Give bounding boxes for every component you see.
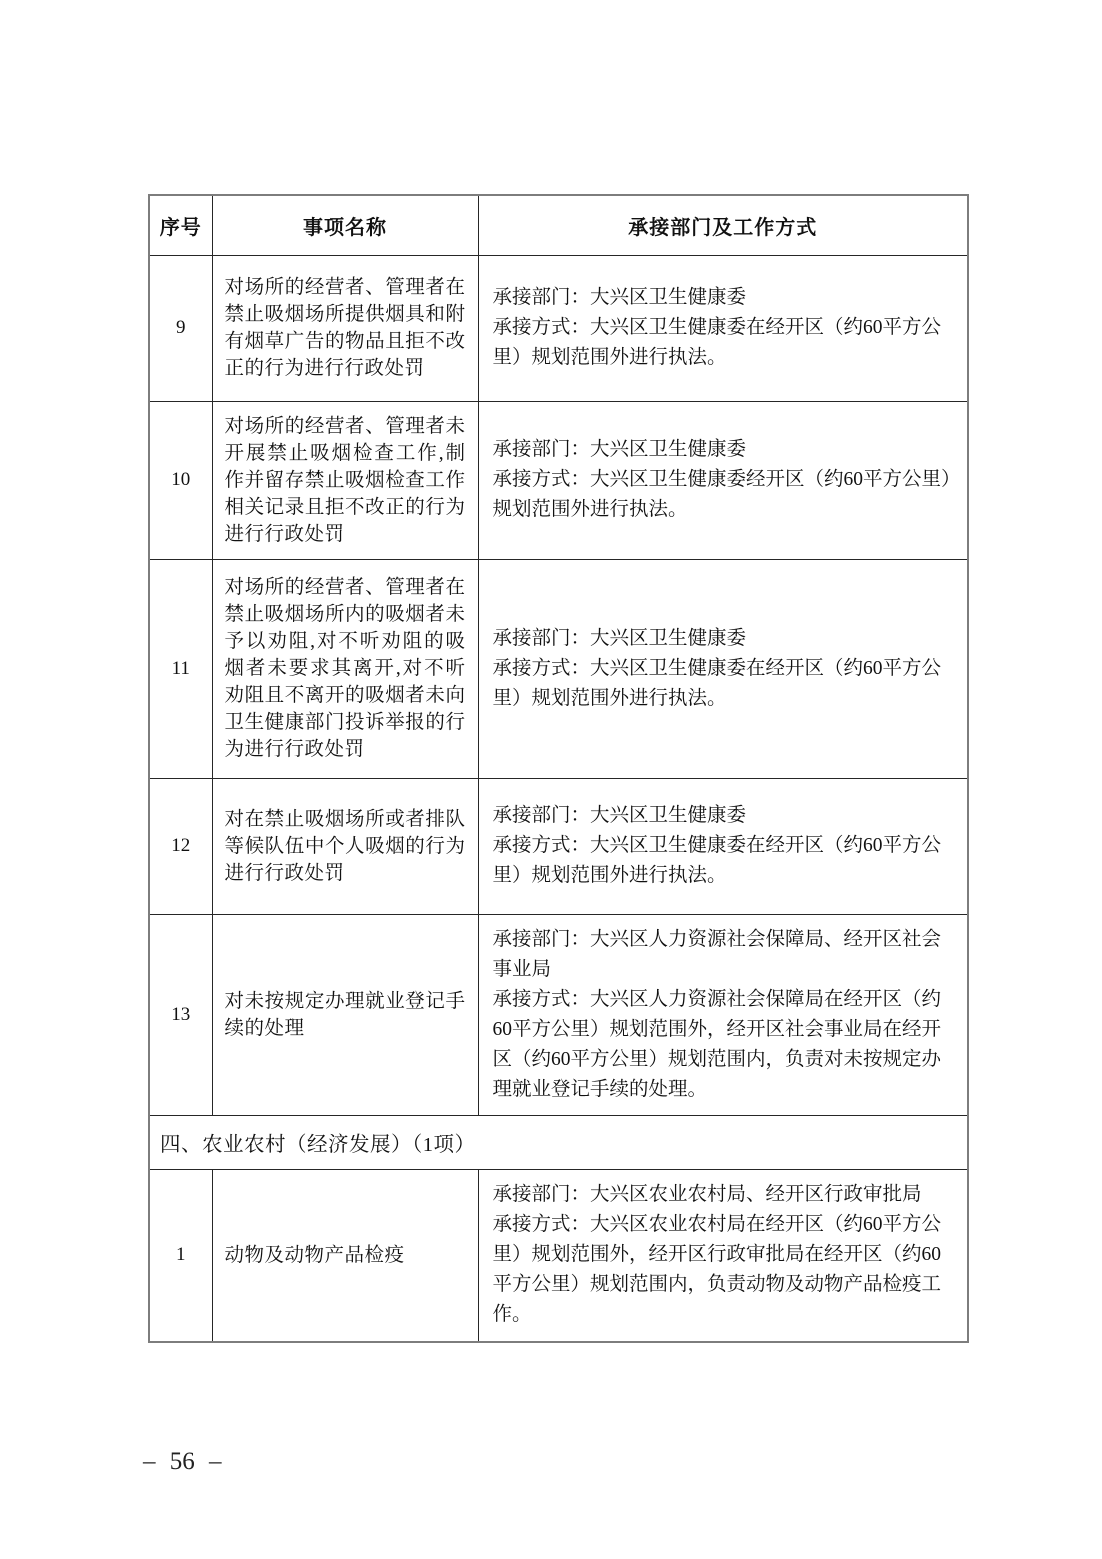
item-name-cell: 对在禁止吸烟场所或者排队等候队伍中个人吸烟的行为进行行政处罚: [212, 778, 478, 914]
section-header-row: 四、农业农村（经济发展）（1项）: [149, 1115, 968, 1169]
detail-department: 承接部门：大兴区人力资源社会保障局、经开区社会事业局: [493, 925, 952, 985]
row-number-cell: 9: [149, 255, 212, 401]
row-number-cell: 13: [149, 914, 212, 1115]
header-cell-detail: 承接部门及工作方式: [478, 195, 968, 255]
item-name-cell: 对场所的经营者、管理者在禁止吸烟场所提供烟具和附有烟草广告的物品且拒不改正的行为…: [212, 255, 478, 401]
table-row: 13 对未按规定办理就业登记手续的处理 承接部门：大兴区人力资源社会保障局、经开…: [149, 914, 968, 1115]
detail-method: 承接方式：大兴区卫生健康委经开区（约60平方公里）规划范围外进行执法。: [493, 465, 952, 525]
table-row: 1 动物及动物产品检疫 承接部门：大兴区农业农村局、经开区行政审批局 承接方式：…: [149, 1169, 968, 1342]
detail-department: 承接部门：大兴区农业农村局、经开区行政审批局: [493, 1180, 952, 1210]
detail-method: 承接方式：大兴区农业农村局在经开区（约60平方公里）规划范围外，经开区行政审批局…: [493, 1210, 952, 1330]
detail-department: 承接部门：大兴区卫生健康委: [493, 624, 952, 654]
document-page: { "page": { "footer_page_number": "– 56 …: [0, 0, 1102, 1559]
detail-cell: 承接部门：大兴区卫生健康委 承接方式：大兴区卫生健康委在经开区（约60平方公里）…: [478, 559, 968, 778]
detail-method: 承接方式：大兴区卫生健康委在经开区（约60平方公里）规划范围外进行执法。: [493, 654, 952, 714]
detail-department: 承接部门：大兴区卫生健康委: [493, 435, 952, 465]
item-name-cell: 对未按规定办理就业登记手续的处理: [212, 914, 478, 1115]
row-number-cell: 11: [149, 559, 212, 778]
table-row: 11 对场所的经营者、管理者在禁止吸烟场所内的吸烟者未予以劝阻,对不听劝阻的吸烟…: [149, 559, 968, 778]
items-table: 序号 事项名称 承接部门及工作方式 9 对场所的经营者、管理者在禁止吸烟场所提供…: [148, 194, 969, 1343]
item-name-cell: 动物及动物产品检疫: [212, 1169, 478, 1342]
detail-method: 承接方式：大兴区卫生健康委在经开区（约60平方公里）规划范围外进行执法。: [493, 831, 952, 891]
table-header-row: 序号 事项名称 承接部门及工作方式: [149, 195, 968, 255]
detail-method: 承接方式：大兴区人力资源社会保障局在经开区（约60平方公里）规划范围外，经开区社…: [493, 985, 952, 1105]
section-header-cell: 四、农业农村（经济发展）（1项）: [149, 1115, 968, 1169]
table-row: 9 对场所的经营者、管理者在禁止吸烟场所提供烟具和附有烟草广告的物品且拒不改正的…: [149, 255, 968, 401]
detail-cell: 承接部门：大兴区卫生健康委 承接方式：大兴区卫生健康委在经开区（约60平方公里）…: [478, 778, 968, 914]
detail-cell: 承接部门：大兴区卫生健康委 承接方式：大兴区卫生健康委经开区（约60平方公里）规…: [478, 401, 968, 559]
header-cell-number: 序号: [149, 195, 212, 255]
table-row: 12 对在禁止吸烟场所或者排队等候队伍中个人吸烟的行为进行行政处罚 承接部门：大…: [149, 778, 968, 914]
detail-cell: 承接部门：大兴区卫生健康委 承接方式：大兴区卫生健康委在经开区（约60平方公里）…: [478, 255, 968, 401]
detail-cell: 承接部门：大兴区农业农村局、经开区行政审批局 承接方式：大兴区农业农村局在经开区…: [478, 1169, 968, 1342]
detail-method: 承接方式：大兴区卫生健康委在经开区（约60平方公里）规划范围外进行执法。: [493, 313, 952, 373]
item-name-cell: 对场所的经营者、管理者在禁止吸烟场所内的吸烟者未予以劝阻,对不听劝阻的吸烟者未要…: [212, 559, 478, 778]
detail-department: 承接部门：大兴区卫生健康委: [493, 801, 952, 831]
row-number-cell: 10: [149, 401, 212, 559]
detail-department: 承接部门：大兴区卫生健康委: [493, 283, 952, 313]
row-number-cell: 12: [149, 778, 212, 914]
row-number-cell: 1: [149, 1169, 212, 1342]
header-cell-item-name: 事项名称: [212, 195, 478, 255]
detail-cell: 承接部门：大兴区人力资源社会保障局、经开区社会事业局 承接方式：大兴区人力资源社…: [478, 914, 968, 1115]
page-number: – 56 –: [143, 1448, 222, 1476]
item-name-cell: 对场所的经营者、管理者未开展禁止吸烟检查工作,制作并留存禁止吸烟检查工作相关记录…: [212, 401, 478, 559]
table-row: 10 对场所的经营者、管理者未开展禁止吸烟检查工作,制作并留存禁止吸烟检查工作相…: [149, 401, 968, 559]
